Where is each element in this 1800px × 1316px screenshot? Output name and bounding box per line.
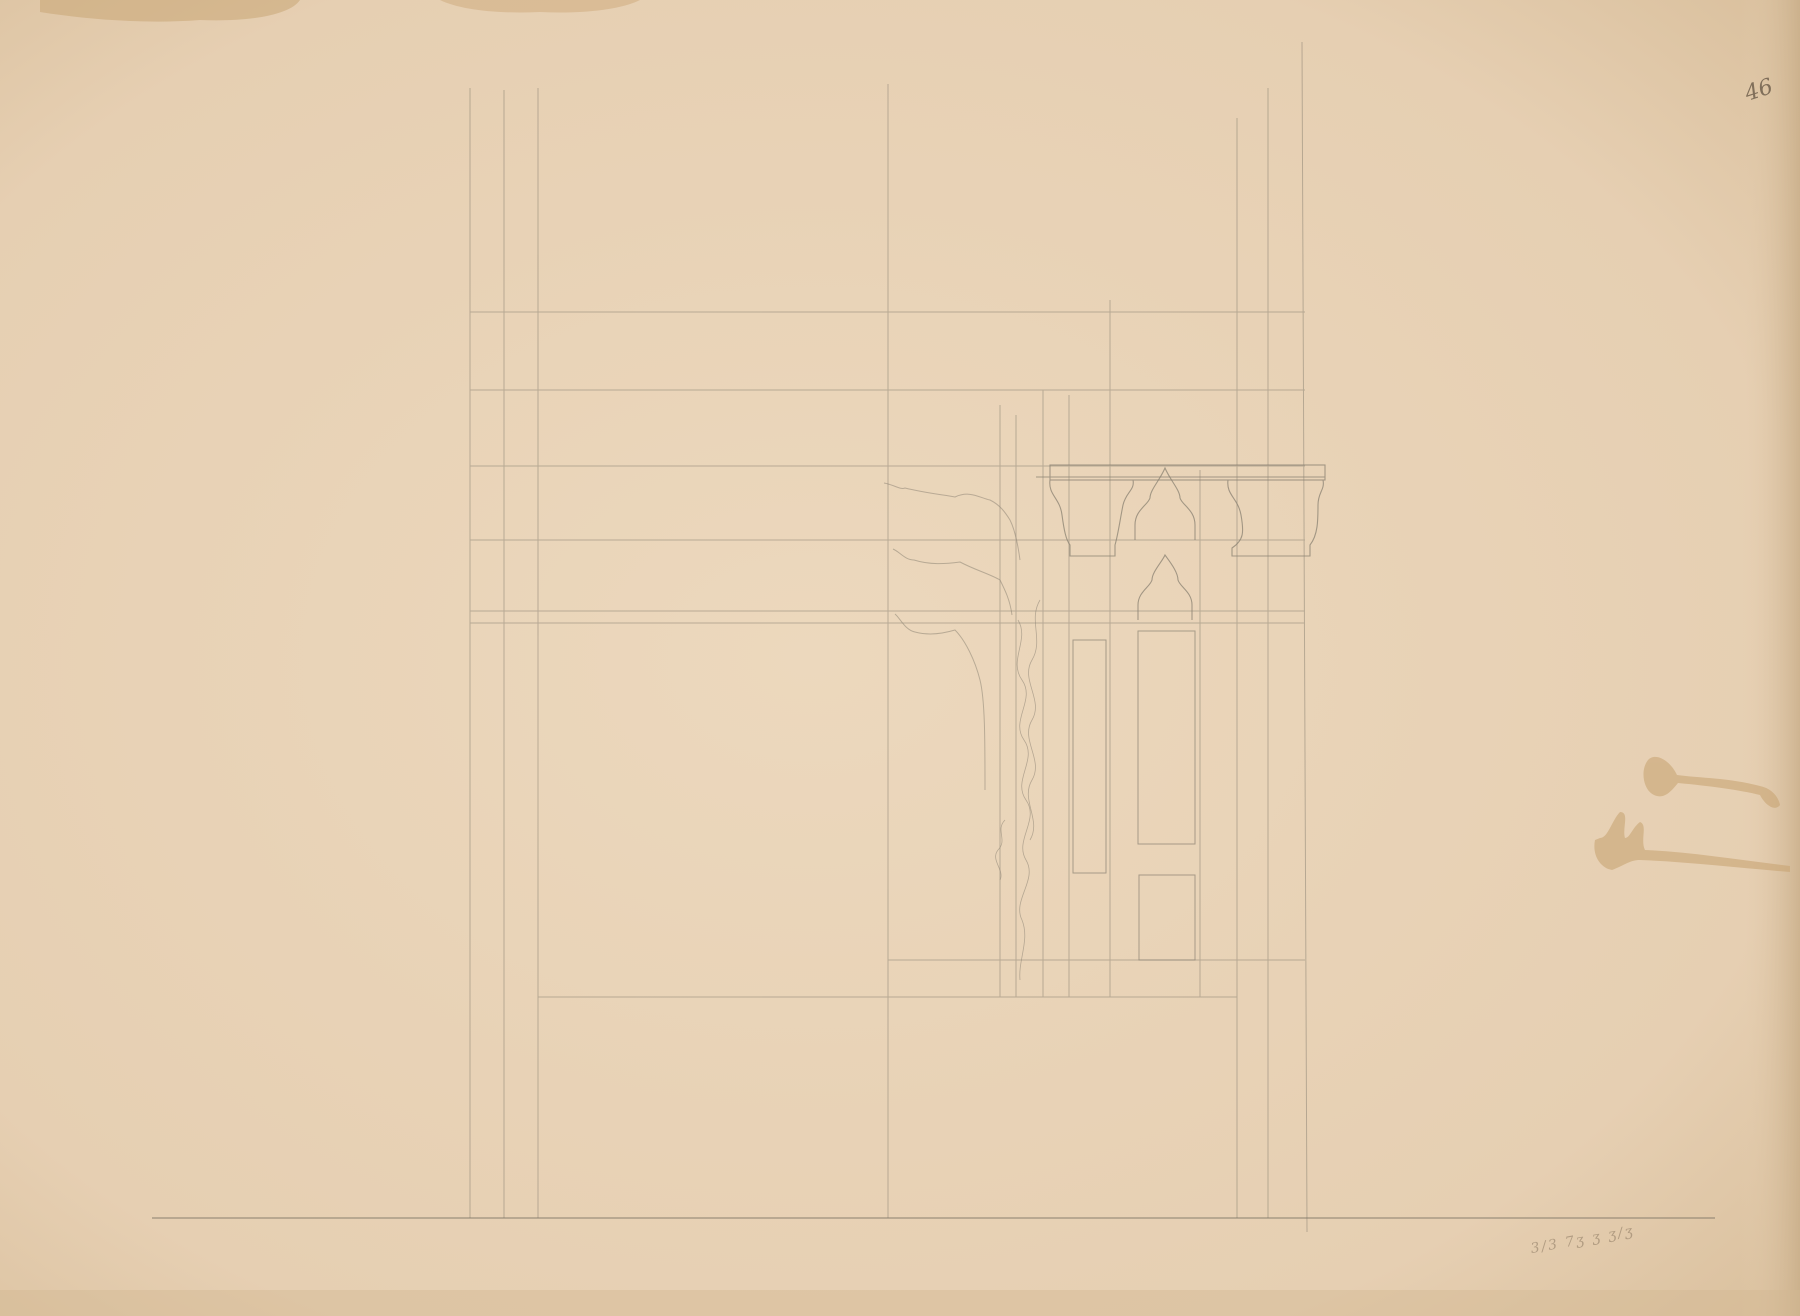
paper-bottom-edge (0, 1290, 1800, 1316)
paper-background (0, 0, 1800, 1316)
elevation-drawing (0, 0, 1800, 1316)
drawing-sheet: 46 3/3 7ʒ ʒ ʒ/ʒ (0, 0, 1800, 1316)
paper-edge-shadow (1740, 0, 1800, 1316)
